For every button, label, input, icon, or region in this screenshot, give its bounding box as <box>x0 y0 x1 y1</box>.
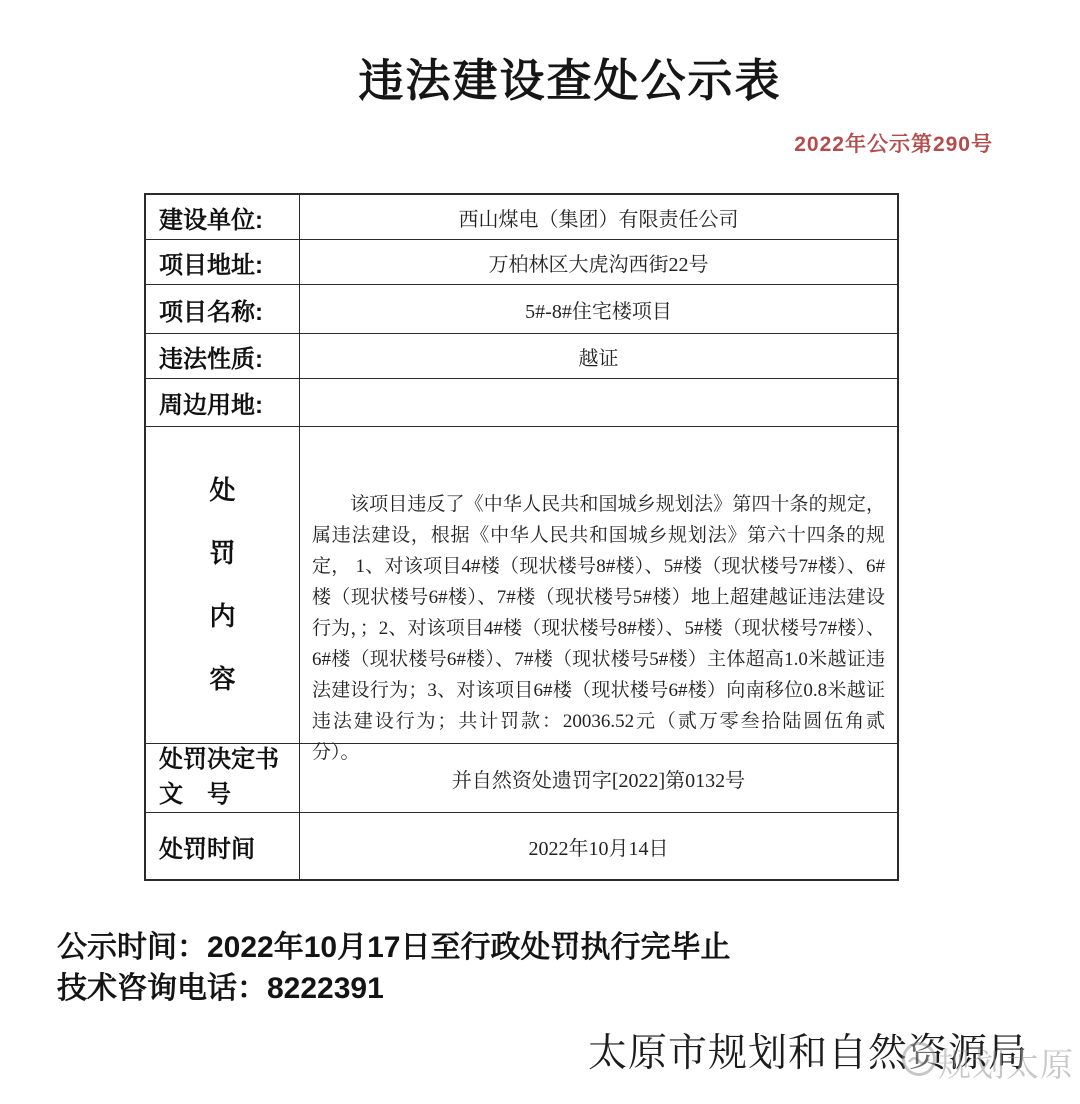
row-value-decision: 并自然资处遗罚字[2022]第0132号 <box>300 744 897 812</box>
notice-page: 违法建设查处公示表 2022年公示第290号 建设单位: 西山煤电（集团）有限责… <box>0 0 1080 1104</box>
row-value: 越证 <box>300 334 897 378</box>
penalty-content-text: 该项目违反了《中华人民共和国城乡规划法》第四十条的规定，属违法建设，根据《中华人… <box>312 489 885 768</box>
row-value-time: 2022年10月14日 <box>300 813 897 879</box>
publicity-period-line: 公示时间：2022年10月17日至行政处罚执行完毕止 <box>57 922 730 966</box>
table-row-penalty-time: 处罚时间 2022年10月14日 <box>146 812 897 879</box>
row-value-penalty: 该项目违反了《中华人民共和国城乡规划法》第四十条的规定，属违法建设，根据《中华人… <box>300 427 897 743</box>
table-row-penalty-content: 处罚内容 该项目违反了《中华人民共和国城乡规划法》第四十条的规定，属违法建设，根… <box>146 426 897 743</box>
notice-table: 建设单位: 西山煤电（集团）有限责任公司 项目地址: 万柏林区大虎沟西街22号 … <box>144 193 899 881</box>
table-row-project-name: 项目名称: 5#-8#住宅楼项目 <box>146 284 897 333</box>
row-value <box>300 379 897 426</box>
row-value: 西山煤电（集团）有限责任公司 <box>300 195 897 239</box>
table-row-decision-number: 处罚决定书 文 号 并自然资处遗罚字[2022]第0132号 <box>146 743 897 812</box>
watermark-text: 规划太原 <box>938 1039 1074 1086</box>
decision-label-line2: 文 号 <box>159 778 231 813</box>
table-row-violation-nature: 违法性质: 越证 <box>146 333 897 378</box>
doc-number: 2022年公示第290号 <box>794 128 993 158</box>
row-label: 项目地址: <box>146 240 300 284</box>
row-value: 万柏林区大虎沟西街22号 <box>300 240 897 284</box>
table-row-construction-unit: 建设单位: 西山煤电（集团）有限责任公司 <box>146 195 897 239</box>
row-label-time: 处罚时间 <box>146 813 300 879</box>
consultation-phone-line: 技术咨询电话：8222391 <box>57 963 384 1007</box>
row-value: 5#-8#住宅楼项目 <box>300 285 897 333</box>
table-row-surrounding-land: 周边用地: <box>146 378 897 426</box>
page-title: 违法建设查处公示表 <box>60 44 1080 109</box>
row-label: 违法性质: <box>146 334 300 378</box>
row-label-decision: 处罚决定书 文 号 <box>146 744 300 812</box>
row-label: 周边用地: <box>146 379 300 426</box>
row-label: 建设单位: <box>146 195 300 239</box>
penalty-vertical-label: 处罚内容 <box>206 459 240 711</box>
row-label-penalty: 处罚内容 <box>146 427 300 743</box>
row-label: 项目名称: <box>146 285 300 333</box>
decision-label-line1: 处罚决定书 <box>159 743 279 778</box>
table-row-project-address: 项目地址: 万柏林区大虎沟西街22号 <box>146 239 897 284</box>
watermark-circle-logo-icon <box>900 1040 938 1078</box>
